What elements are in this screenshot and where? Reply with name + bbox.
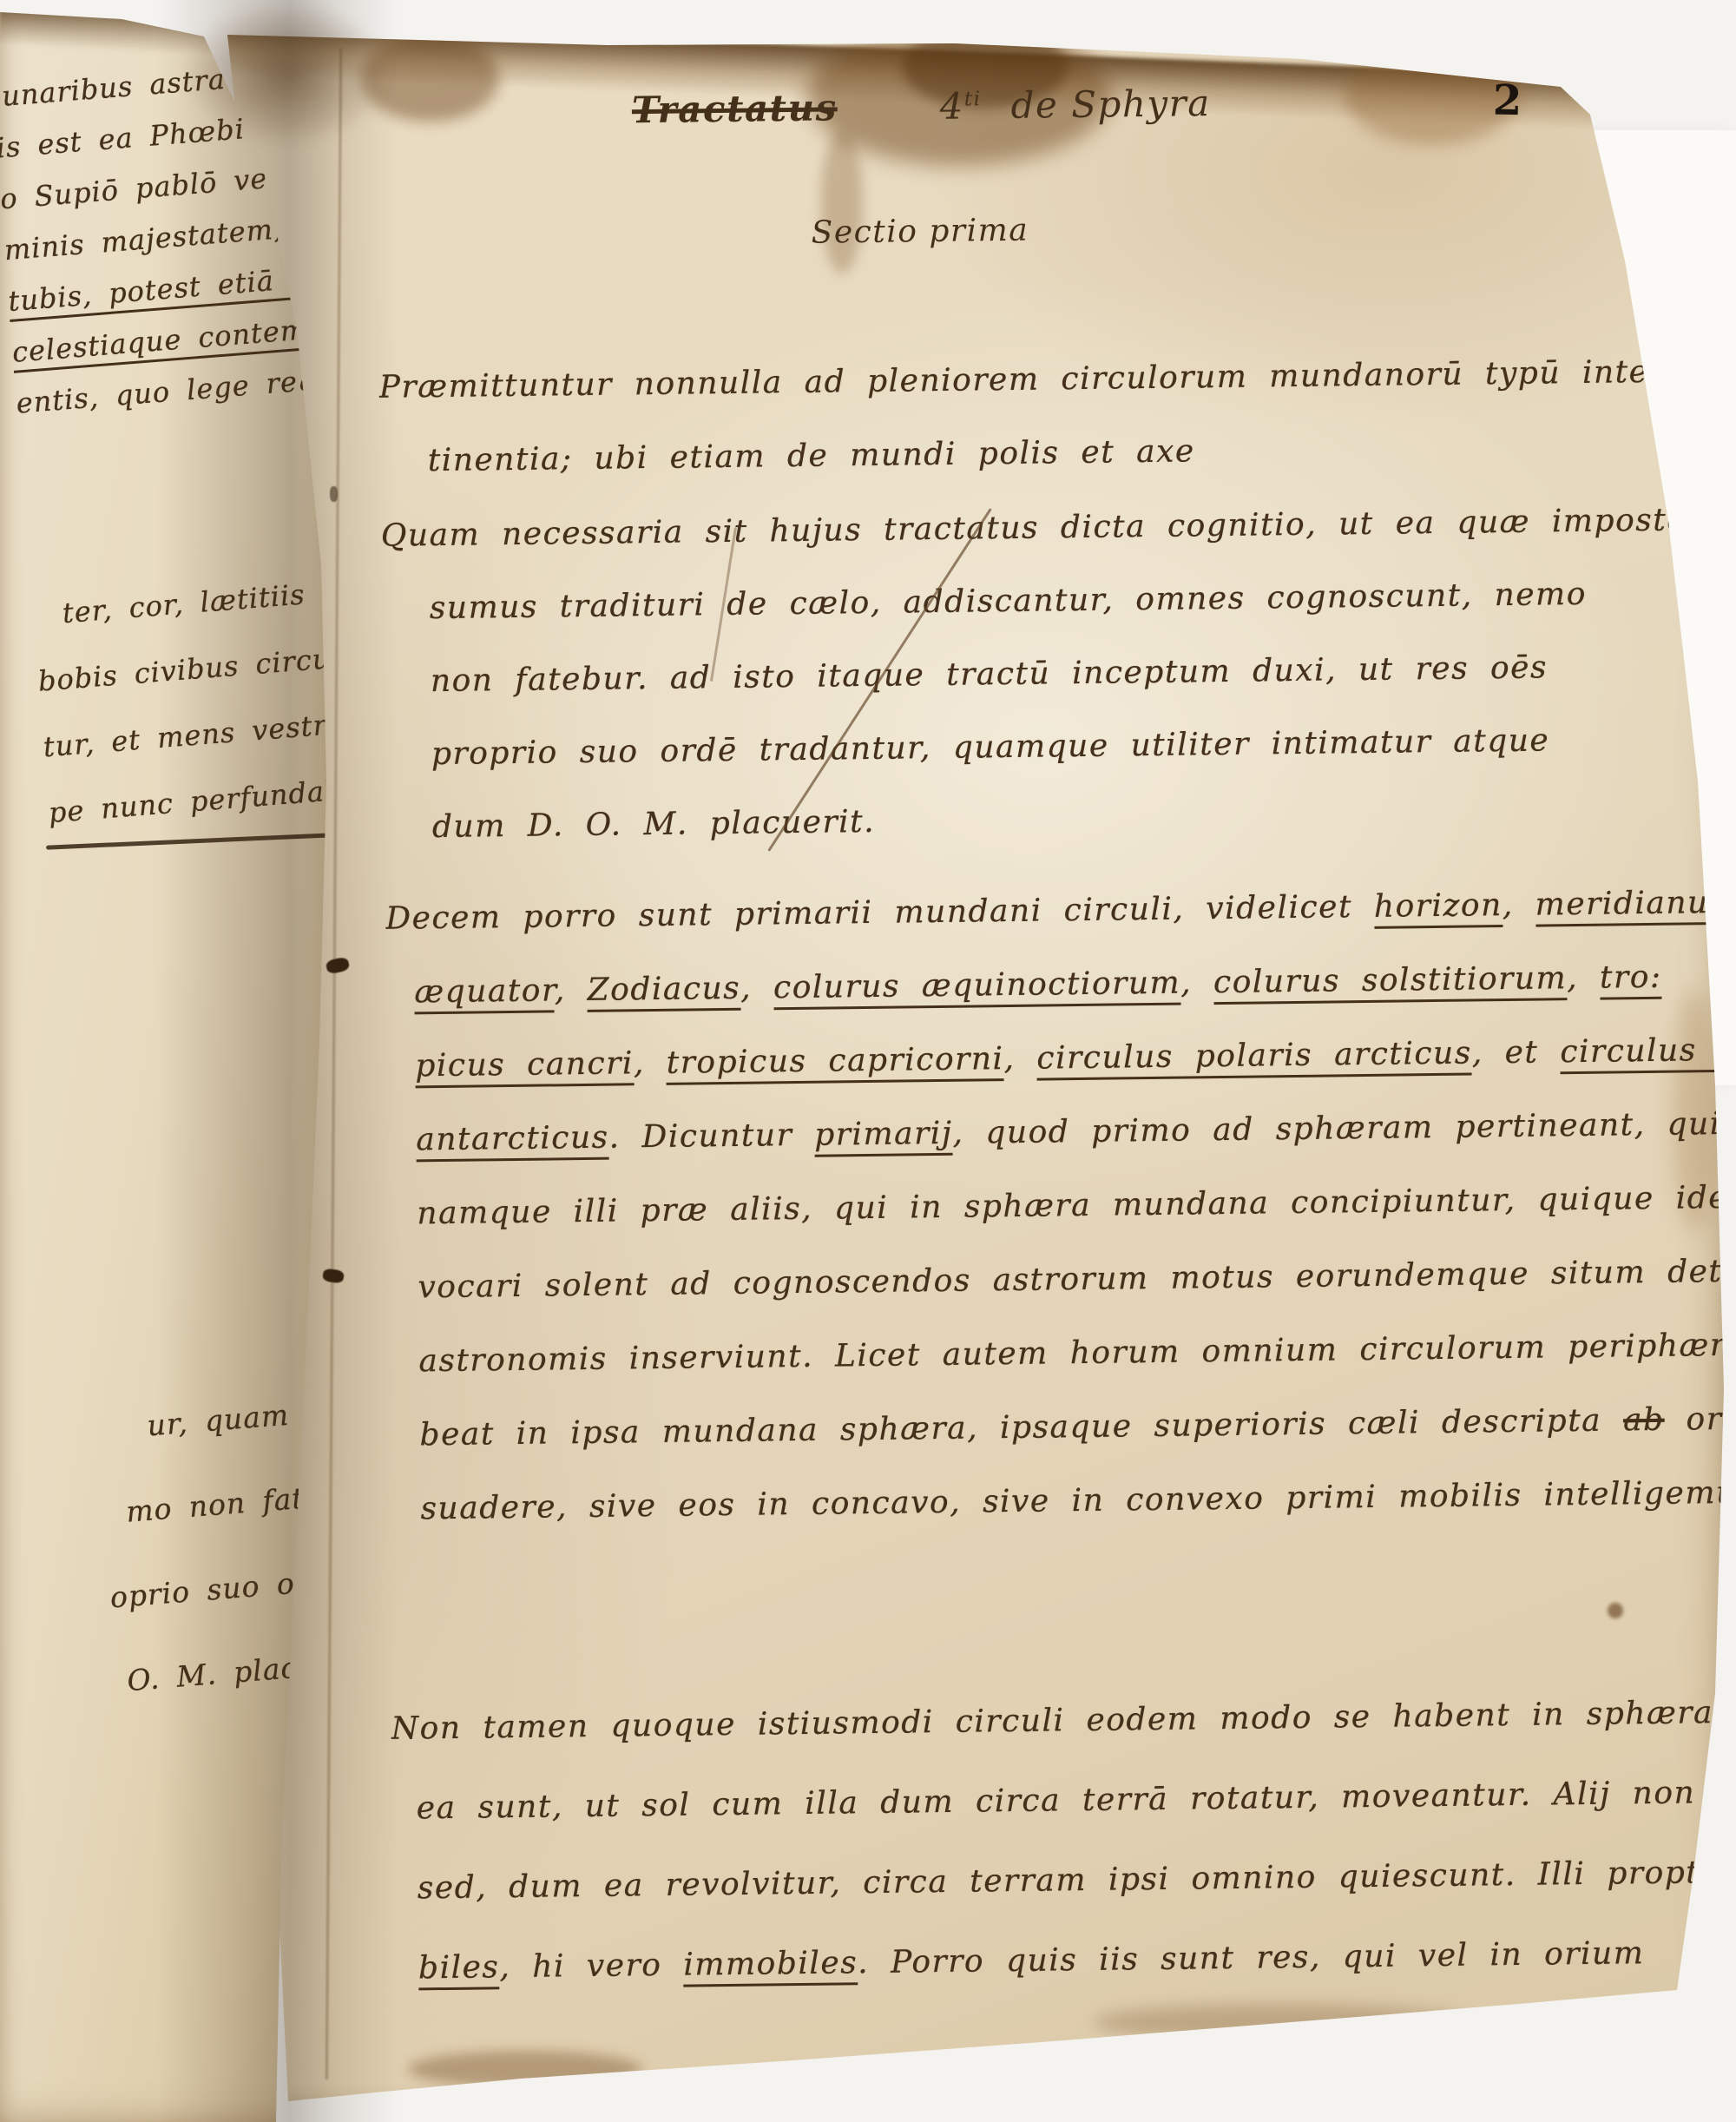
heading-numeral: 4ti xyxy=(939,84,982,128)
paragraph-non-tamen: Non tamen quoque istiusmodi circuli eode… xyxy=(391,1673,1736,2009)
paragraph-decem-circuli: Decem porro sunt primarii mundani circul… xyxy=(385,866,1736,1546)
paragraph-quam-necessaria: Quam necessaria sit hujus tractatus dict… xyxy=(380,484,1734,865)
manuscript-photo: Tractatus4tide Sphyra 2 Sectio prima Præ… xyxy=(0,0,1736,2122)
manuscript-line: suadere, sive eos in concavo, sive in co… xyxy=(420,1456,1736,1546)
page-number: 2 xyxy=(1492,76,1522,126)
heading-title: de Sphyra xyxy=(1010,82,1211,127)
manuscript-line: biles, hi vero immobiles. Porro quis iis… xyxy=(418,1913,1736,2009)
manuscript-line: dum D. O. M. placuerit. xyxy=(431,775,1734,864)
heading-cancelled-word: Tractatus xyxy=(632,86,838,131)
section-title: Sectio prima xyxy=(811,213,1029,251)
page-heading: Tractatus4tide Sphyra xyxy=(632,82,1211,131)
paragraph-praemittuntur: Præmittuntur nonnulla ad pleniorem circu… xyxy=(378,334,1730,498)
heading-numeral-superscript: ti xyxy=(964,88,982,110)
manuscript-line: tinentia; ubi etiam de mundi polis et ax… xyxy=(427,408,1730,498)
